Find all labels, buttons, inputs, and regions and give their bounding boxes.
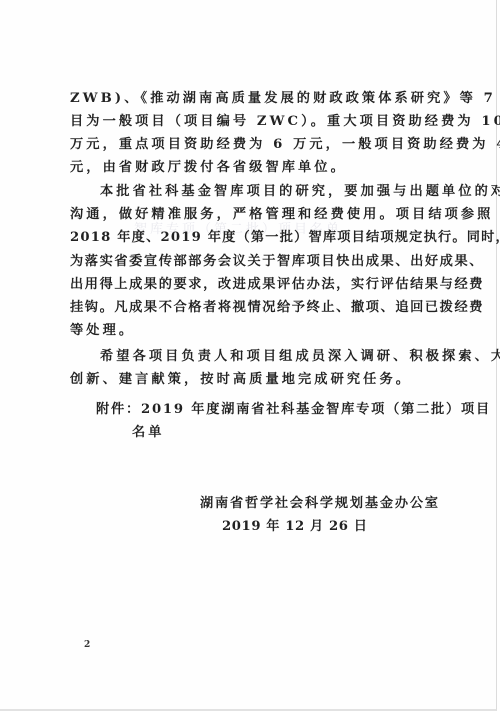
- body-line: 元，由省财政厅拨付各省级智库单位。: [70, 160, 434, 176]
- body-line: 创新、建言献策，按时高质量地完成研究任务。: [70, 372, 434, 388]
- document-page: 智库专项（第二批）项目名单 ZWB)、《推动湖南高质量发展的财政政策体系研究》等…: [0, 0, 497, 711]
- body-line: 为落实省委宣传部部务会议关于智库项目快出成果、出好成果、: [70, 254, 434, 270]
- body-line: ZWB)、《推动湖南高质量发展的财政政策体系研究》等 7 个项: [70, 91, 434, 107]
- issue-date: 2019 年 12 月 26 日: [222, 515, 368, 534]
- body-line: 本批省社科基金智库项目的研究，要加强与出题单位的对接: [100, 184, 434, 200]
- attachment-line: 附件：2019 年度湖南省社科基金智库专项（第二批）项目: [96, 402, 438, 418]
- body-line: 希望各项目负责人和项目组成员深入调研、积极探索、大胆: [100, 349, 434, 365]
- body-line: 挂钩。凡成果不合格者将视情况给予终止、撤项、追回已拨经费: [70, 300, 434, 316]
- body-line: 沟通，做好精准服务，严格管理和经费使用。项目结项参照: [70, 207, 434, 223]
- issuing-office: 湖南省哲学社会科学规划基金办公室: [200, 492, 440, 511]
- body-line: 2018 年度、2019 年度（第一批）智库项目结项规定执行。同时，: [70, 230, 434, 246]
- body-line: 出用得上成果的要求，改进成果评估办法，实行评估结果与经费: [70, 277, 434, 293]
- body-line: 等处理。: [70, 323, 434, 339]
- body-line: 万元，重点项目资助经费为 6 万元，一般项目资助经费为 4 万: [70, 137, 434, 153]
- body-line: 目为一般项目（项目编号 ZWC）。重大项目资助经费为 10－20: [70, 114, 434, 130]
- page-number: 2: [84, 640, 90, 650]
- attachment-line: 名单: [132, 425, 192, 441]
